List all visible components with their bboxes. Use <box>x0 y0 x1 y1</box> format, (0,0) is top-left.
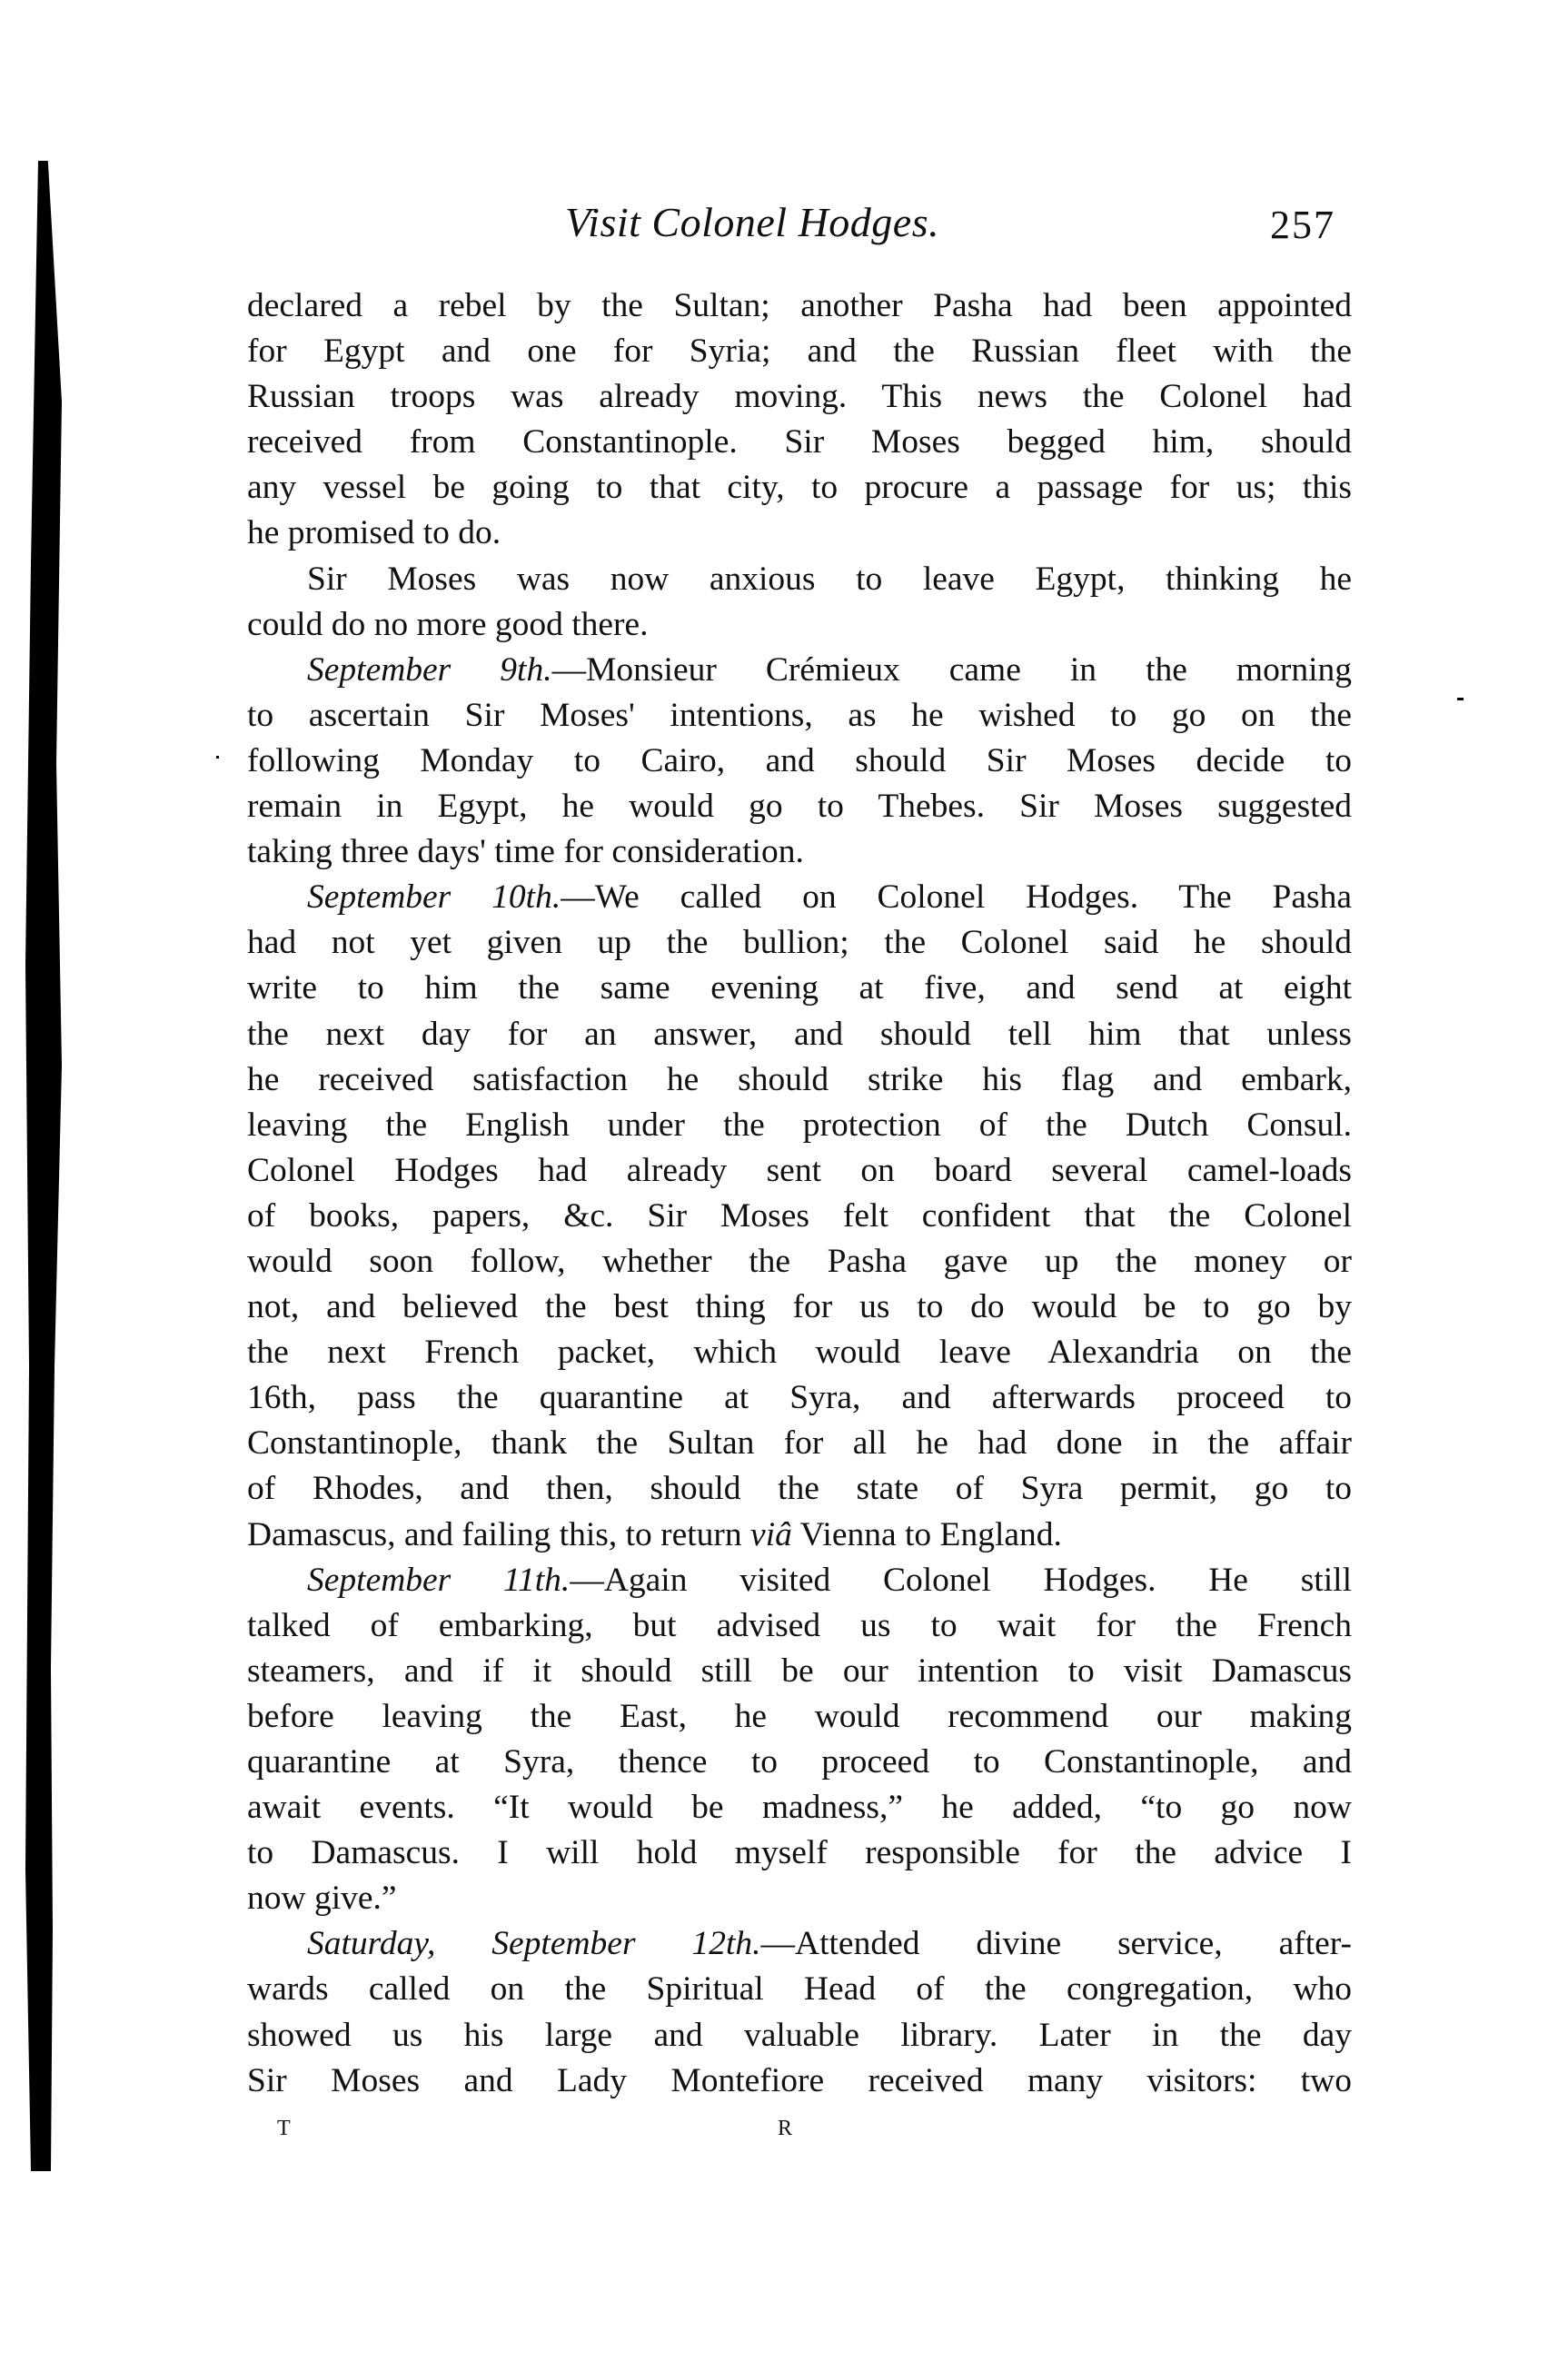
scan-speck <box>216 756 219 759</box>
signature-mark-right: R <box>778 2117 792 2141</box>
text-line: Sir Moses was now anxious to leave Egypt… <box>247 557 1352 602</box>
text-line: showed us his large and valuable library… <box>247 2013 1352 2059</box>
text-line: await events. “It would be madness,” he … <box>247 1785 1352 1830</box>
book-page: Visit Colonel Hodges. 257 declared a reb… <box>0 0 1568 2371</box>
text-line: talked of embarking, but advised us to w… <box>247 1603 1352 1649</box>
text-line: of Rhodes, and then, should the state of… <box>247 1466 1352 1512</box>
text-line: wards called on the Spiritual Head of th… <box>247 1967 1352 2012</box>
text-line: remain in Egypt, he would go to Thebes. … <box>247 784 1352 829</box>
text-line: 16th, pass the quarantine at Syra, and a… <box>247 1375 1352 1421</box>
dated-entry-line: September 11th.—Again visited Colonel Ho… <box>247 1558 1352 1603</box>
text-line: any vessel be going to that city, to pro… <box>247 465 1352 511</box>
text-line: declared a rebel by the Sultan; another … <box>247 283 1352 329</box>
entry-date: Saturday, September 12th. <box>307 1925 761 1962</box>
text-line: Sir Moses and Lady Montefiore received m… <box>247 2059 1352 2104</box>
text-line: steamers, and if it should still be our … <box>247 1649 1352 1694</box>
text-line: following Monday to Cairo, and should Si… <box>247 739 1352 784</box>
text-line: would soon follow, whether the Pasha gav… <box>247 1239 1352 1285</box>
page-number: 257 <box>1270 202 1335 248</box>
body-text: declared a rebel by the Sultan; another … <box>247 283 1352 2104</box>
text-line: the next day for an answer, and should t… <box>247 1012 1352 1057</box>
scan-speck <box>1457 698 1464 700</box>
running-header: Visit Colonel Hodges. 257 <box>0 198 1568 253</box>
text-line: he received satisfaction he should strik… <box>247 1057 1352 1103</box>
italic-word: viâ <box>750 1516 792 1553</box>
text-line: for Egypt and one for Syria; and the Rus… <box>247 329 1352 374</box>
dated-entry-line: September 9th.—Monsieur Crémieux came in… <box>247 648 1352 693</box>
entry-date: September 11th. <box>307 1562 570 1599</box>
text-line: quarantine at Syra, thence to proceed to… <box>247 1740 1352 1785</box>
dated-entry-line: September 10th.—We called on Colonel Hod… <box>247 875 1352 920</box>
text-line: write to him the same evening at five, a… <box>247 966 1352 1011</box>
text-line: the next French packet, which would leav… <box>247 1330 1352 1375</box>
entry-date: September 9th. <box>307 651 552 689</box>
text-line: could do no more good there. <box>247 602 1352 648</box>
text-line: to Damascus. I will hold myself responsi… <box>247 1830 1352 1876</box>
text-line: Russian troops was already moving. This … <box>247 374 1352 420</box>
text-line: leaving the English under the protection… <box>247 1103 1352 1148</box>
text-line: taking three days' time for consideratio… <box>247 829 1352 875</box>
text-line: before leaving the East, he would recomm… <box>247 1694 1352 1740</box>
text-line: Damascus, and failing this, to return vi… <box>247 1513 1352 1558</box>
running-title: Visit Colonel Hodges. <box>565 198 939 246</box>
text-line: to ascertain Sir Moses' intentions, as h… <box>247 693 1352 739</box>
text-line: received from Constantinople. Sir Moses … <box>247 420 1352 465</box>
text-line: of books, papers, &c. Sir Moses felt con… <box>247 1194 1352 1239</box>
text-line: he promised to do. <box>247 511 1352 556</box>
text-line: Constantinople, thank the Sultan for all… <box>247 1421 1352 1466</box>
signature-marks: T R <box>0 2117 1568 2144</box>
text-line: not, and believed the best thing for us … <box>247 1285 1352 1330</box>
text-line: now give.” <box>247 1876 1352 1921</box>
scanned-binding-shadow <box>25 161 62 2171</box>
dated-entry-line: Saturday, September 12th.—Attended divin… <box>247 1921 1352 1967</box>
text-line: had not yet given up the bullion; the Co… <box>247 920 1352 966</box>
entry-date: September 10th. <box>307 878 561 916</box>
signature-mark-left: T <box>277 2117 291 2141</box>
text-line: Colonel Hodges had already sent on board… <box>247 1148 1352 1194</box>
